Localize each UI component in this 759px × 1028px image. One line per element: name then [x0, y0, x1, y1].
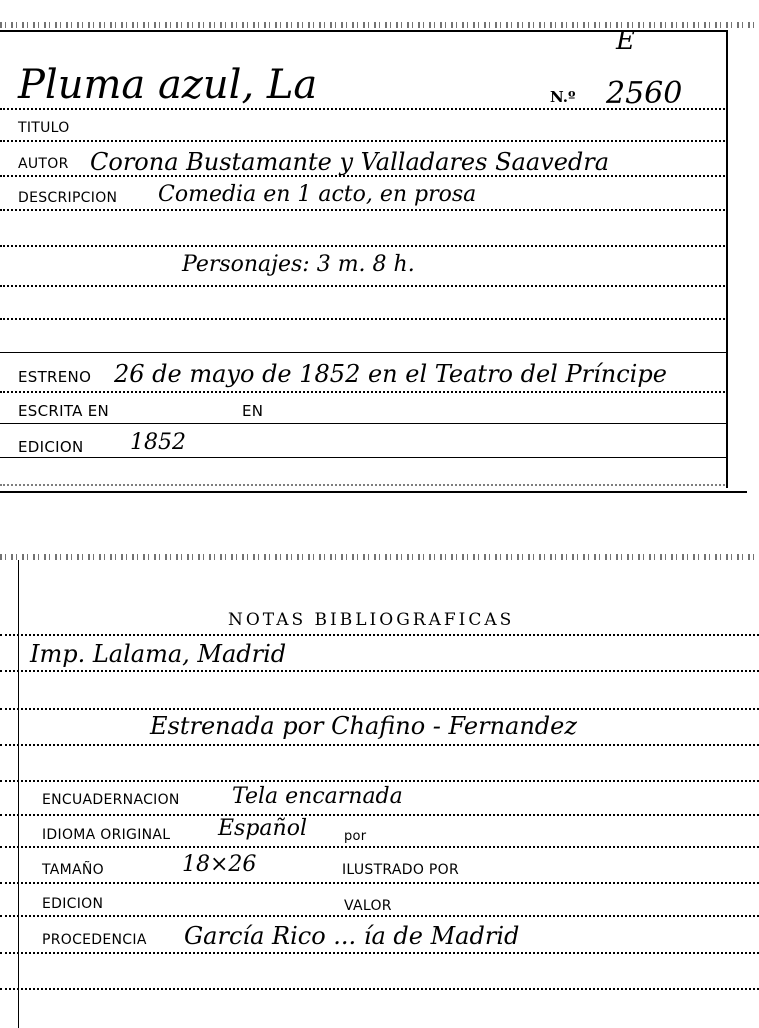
scan-noise-edge	[0, 554, 759, 560]
rule-line	[0, 391, 728, 393]
rule-line	[0, 318, 728, 320]
edicion-value: 1852	[130, 430, 186, 455]
idioma-value: Español	[218, 816, 307, 841]
corner-mark: E	[616, 26, 635, 56]
rule-line	[0, 882, 759, 884]
rule-line	[0, 175, 728, 177]
procedencia-label: PROCEDENCIA	[42, 932, 147, 948]
rule-line	[0, 140, 728, 142]
tamano-label: TAMAÑO	[42, 862, 104, 878]
catalog-card-back: NOTAS BIBLIOGRAFICAS Imp. Lalama, Madrid…	[0, 540, 759, 1028]
encuadernacion-value: Tela encarnada	[232, 784, 403, 809]
card-right-border	[726, 30, 728, 488]
estreno-label: ESTRENO	[18, 368, 91, 386]
procedencia-value: García Rico ... ía de Madrid	[184, 922, 519, 950]
rule-line	[0, 952, 759, 954]
note-line: Imp. Lalama, Madrid	[30, 640, 286, 668]
encuadernacion-label: ENCUADERNACION	[42, 792, 180, 808]
rule-line	[0, 245, 728, 247]
card-left-border	[18, 560, 19, 1028]
scan-noise-edge	[0, 22, 759, 28]
number-value: 2560	[606, 76, 682, 111]
rule-line	[0, 744, 759, 746]
escrita-en-label: ESCRITA EN	[18, 402, 109, 420]
edicion-label: EDICION	[18, 438, 83, 456]
rule-line	[0, 915, 759, 917]
descripcion-value: Comedia en 1 acto, en prosa	[158, 182, 476, 207]
idioma-suffix: por	[344, 829, 366, 844]
catalog-card-front: E Pluma azul, La N.º 2560 TITULO AUTOR C…	[0, 0, 759, 500]
estreno-value: 26 de mayo de 1852 en el Teatro del Prín…	[114, 360, 667, 388]
title-value: Pluma azul, La	[18, 62, 317, 108]
rule-line	[0, 352, 728, 353]
rule-line	[0, 209, 728, 211]
rule-line	[0, 423, 728, 424]
rule-line	[0, 108, 728, 110]
rule-line	[0, 457, 728, 458]
section-heading: NOTAS BIBLIOGRAFICAS	[228, 610, 514, 630]
rule-line	[0, 484, 728, 486]
rule-line	[0, 988, 759, 990]
rule-line	[0, 634, 759, 636]
rule-line	[0, 846, 759, 848]
tamano-value: 18×26	[182, 852, 256, 877]
edicion-label: EDICION	[42, 896, 103, 912]
card-bottom-border	[0, 491, 747, 493]
en-label: EN	[242, 402, 263, 420]
rule-line	[0, 780, 759, 782]
autor-label: AUTOR	[18, 156, 69, 172]
titulo-label: TITULO	[18, 120, 70, 136]
rule-line	[0, 708, 759, 710]
rule-line	[0, 285, 728, 287]
ilustrado-label: ILUSTRADO POR	[342, 862, 459, 878]
note-line: Estrenada por Chafino - Fernandez	[150, 712, 577, 740]
descripcion-label: DESCRIPCION	[18, 190, 117, 206]
autor-value: Corona Bustamante y Valladares Saavedra	[90, 148, 609, 176]
personajes-value: Personajes: 3 m. 8 h.	[182, 252, 415, 277]
idioma-label: IDIOMA ORIGINAL	[42, 827, 170, 843]
rule-line	[0, 814, 759, 816]
rule-line	[0, 670, 759, 672]
number-label: N.º	[550, 88, 575, 106]
valor-label: VALOR	[344, 898, 392, 914]
